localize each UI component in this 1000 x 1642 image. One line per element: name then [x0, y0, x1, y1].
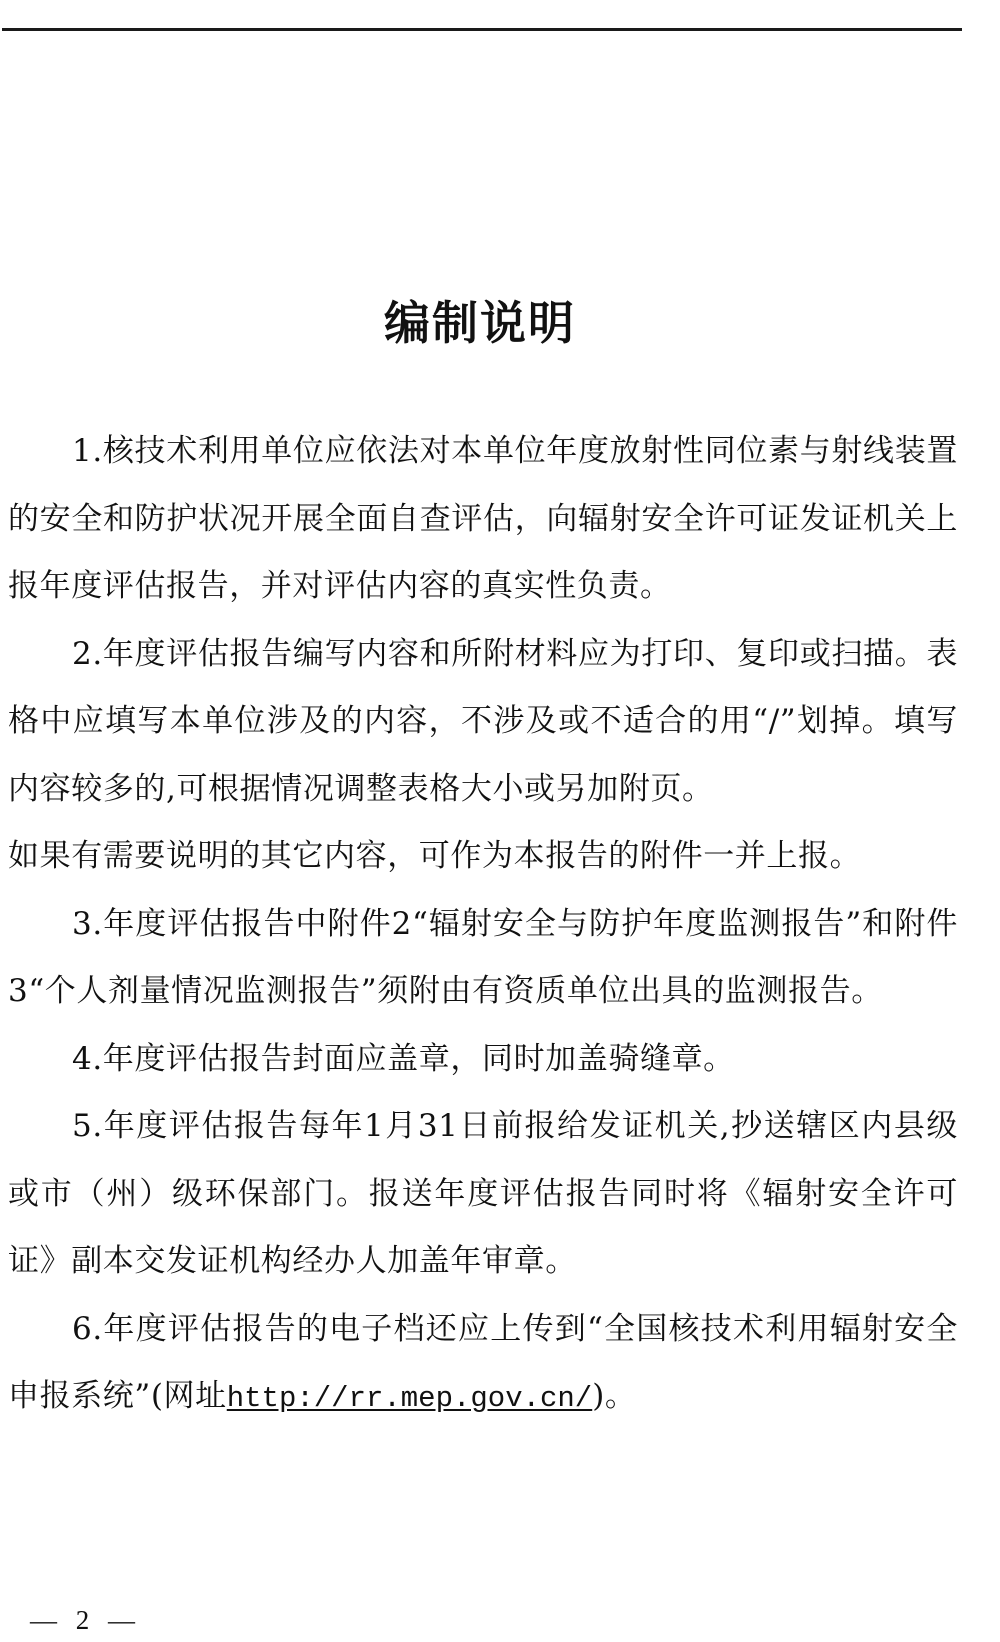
item-1-text: 核技术利用单位应依法对本单位年度放射性同位素与射线装置的安全和防护状况开展全面自…: [8, 433, 958, 604]
item-1-number: 1.: [72, 433, 103, 469]
item-2: 2.年度评估报告编写内容和所附材料应为打印、复印或扫描。表格中应填写本单位涉及的…: [8, 621, 958, 824]
item-4: 4.年度评估报告封面应盖章，同时加盖骑缝章。: [8, 1026, 958, 1094]
page-number: — 2 —: [30, 1603, 141, 1637]
item-2-continuation: 如果有需要说明的其它内容，可作为本报告的附件一并上报。: [8, 823, 958, 891]
item-3-text: 年度评估报告中附件2“辐射安全与防护年度监测报告”和附件 3“个人剂量情况监测报…: [8, 906, 958, 1010]
document-body: 1.核技术利用单位应依法对本单位年度放射性同位素与射线装置的安全和防护状况开展全…: [8, 418, 958, 1433]
header-rule: [2, 28, 962, 31]
page-title: 编制说明: [0, 293, 960, 353]
item-5: 5.年度评估报告每年1月31日前报给发证机关,抄送辖区内县级或市（州）级环保部门…: [8, 1093, 958, 1296]
item-2-text: 年度评估报告编写内容和所附材料应为打印、复印或扫描。表格中应填写本单位涉及的内容…: [8, 636, 958, 807]
item-6-text-end: )。: [592, 1378, 636, 1414]
item-6: 6.年度评估报告的电子档还应上传到“全国核技术利用辐射安全申报系统”(网址htt…: [8, 1296, 958, 1433]
item-1: 1.核技术利用单位应依法对本单位年度放射性同位素与射线装置的安全和防护状况开展全…: [8, 418, 958, 621]
item-4-text: 年度评估报告封面应盖章，同时加盖骑缝章。: [103, 1041, 735, 1077]
item-5-number: 5.: [72, 1108, 103, 1144]
item-3-number: 3.: [72, 906, 103, 942]
system-url-link[interactable]: http://rr.mep.gov.cn/: [227, 1382, 592, 1415]
item-5-text: 年度评估报告每年1月31日前报给发证机关,抄送辖区内县级或市（州）级环保部门。报…: [8, 1108, 958, 1279]
item-4-number: 4.: [72, 1041, 103, 1077]
item-3: 3.年度评估报告中附件2“辐射安全与防护年度监测报告”和附件 3“个人剂量情况监…: [8, 891, 958, 1026]
item-6-number: 6.: [72, 1311, 103, 1347]
item-2-number: 2.: [72, 636, 103, 672]
